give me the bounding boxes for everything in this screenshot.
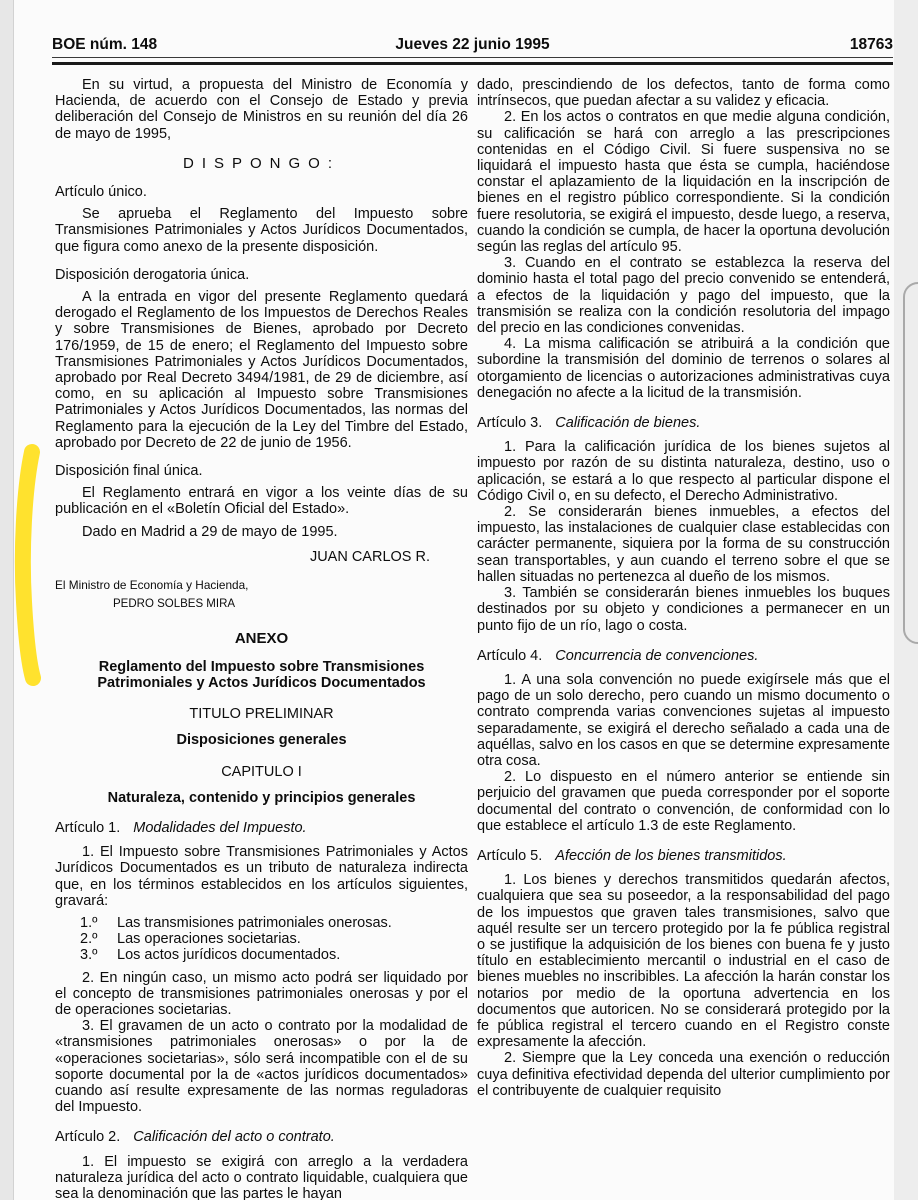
boe-scanned-page: { "header": { "boe_num": "BOE núm. 148",… <box>0 0 918 1200</box>
list-item: 3.ºLos actos jurídicos documentados. <box>55 947 468 963</box>
art3-paragraph-1: 1. Para la calificación jurídica de los … <box>477 439 890 504</box>
articulo-4-label: Artículo 4. <box>477 648 542 664</box>
capitulo-subheading: Naturaleza, contenido y principios gener… <box>55 790 468 806</box>
header-rule <box>52 62 893 65</box>
dado-en-madrid: Dado en Madrid a 29 de mayo de 1995. <box>55 524 468 540</box>
list-item-text: Las transmisiones patrimoniales onerosas… <box>117 915 392 931</box>
left-column: En su virtud, a propuesta del Ministro d… <box>55 77 468 1200</box>
anexo-heading: ANEXO <box>55 631 468 647</box>
header-date: Jueves 22 junio 1995 <box>52 36 893 54</box>
art1-paragraph-3: 3. El gravamen de un acto o contrato por… <box>55 1018 468 1115</box>
art1-paragraph-2: 2. En ningún caso, un mismo acto podrá s… <box>55 970 468 1019</box>
articulo-5-heading: Artículo 5.Afección de los bienes transm… <box>477 848 890 864</box>
articulo-1-title: Modalidades del Impuesto. <box>133 820 306 836</box>
articulo-2-title: Calificación del acto o contrato. <box>133 1129 335 1145</box>
art1-ordinal-list: 1.ºLas transmisiones patrimoniales onero… <box>55 915 468 964</box>
list-item: 2.ºLas operaciones societarias. <box>55 931 468 947</box>
articulo-1-heading: Artículo 1.Modalidades del Impuesto. <box>55 820 468 836</box>
anexo-title: Reglamento del Impuesto sobre Transmisio… <box>55 659 468 691</box>
art2-paragraph-1: 1. El impuesto se exigirá con arreglo a … <box>55 1154 468 1200</box>
articulo-unico-text: Se aprueba el Reglamento del Impuesto so… <box>55 206 468 255</box>
disposicion-final-label: Disposición final única. <box>55 463 468 479</box>
minister-title: El Ministro de Economía y Hacienda, <box>55 577 468 593</box>
royal-signature: JUAN CARLOS R. <box>55 549 468 565</box>
art4-paragraph-2: 2. Lo dispuesto en el número anterior se… <box>477 769 890 834</box>
scrollbar-thumb[interactable] <box>903 282 918 644</box>
art3-paragraph-3: 3. También se considerarán bienes inmueb… <box>477 585 890 634</box>
list-item-text: Los actos jurídicos documentados. <box>117 947 340 963</box>
art1-paragraph-1: 1. El Impuesto sobre Transmisiones Patri… <box>55 844 468 909</box>
disposicion-derogatoria-text: A la entrada en vigor del presente Regla… <box>55 289 468 451</box>
dispongo-heading: DISPONGO: <box>55 156 468 172</box>
list-item-number: 3.º <box>80 947 117 963</box>
articulo-3-title: Calificación de bienes. <box>555 415 700 431</box>
articulo-2-label: Artículo 2. <box>55 1129 120 1145</box>
disposiciones-generales-heading: Disposiciones generales <box>55 732 468 748</box>
minister-name: PEDRO SOLBES MIRA <box>55 596 468 612</box>
articulo-3-label: Artículo 3. <box>477 415 542 431</box>
scan-left-edge <box>0 0 14 1200</box>
list-item-number: 1.º <box>80 915 117 931</box>
articulo-2-heading: Artículo 2.Calificación del acto o contr… <box>55 1129 468 1145</box>
list-item-number: 2.º <box>80 931 117 947</box>
page-header: BOE núm. 148 Jueves 22 junio 1995 18763 <box>52 36 893 65</box>
articulo-3-heading: Artículo 3.Calificación de bienes. <box>477 415 890 431</box>
art2-paragraph-2: 2. En los actos o contratos en que medie… <box>477 109 890 255</box>
articulo-5-title: Afección de los bienes transmitidos. <box>555 848 786 864</box>
titulo-preliminar-heading: TITULO PRELIMINAR <box>55 706 468 722</box>
disposicion-final-text: El Reglamento entrará en vigor a los vei… <box>55 485 468 517</box>
art3-paragraph-2: 2. Se considerarán bienes inmuebles, a e… <box>477 504 890 585</box>
articulo-5-label: Artículo 5. <box>477 848 542 864</box>
disposicion-derogatoria-label: Disposición derogatoria única. <box>55 267 468 283</box>
art2-paragraph-4: 4. La misma calificación se atribuirá a … <box>477 336 890 401</box>
list-item-text: Las operaciones societarias. <box>117 931 301 947</box>
art5-paragraph-2: 2. Siempre que la Ley conceda una exenci… <box>477 1050 890 1099</box>
capitulo-heading: CAPITULO I <box>55 764 468 780</box>
art5-paragraph-1: 1. Los bienes y derechos transmitidos qu… <box>477 872 890 1050</box>
list-item: 1.ºLas transmisiones patrimoniales onero… <box>55 915 468 931</box>
art2-paragraph-3: 3. Cuando en el contrato se establezca l… <box>477 255 890 336</box>
articulo-unico-label: Artículo único. <box>55 184 468 200</box>
art4-paragraph-1: 1. A una sola convención no puede exigír… <box>477 672 890 769</box>
articulo-4-heading: Artículo 4.Concurrencia de convenciones. <box>477 648 890 664</box>
intro-paragraph: En su virtud, a propuesta del Ministro d… <box>55 77 468 142</box>
articulo-1-label: Artículo 1. <box>55 820 120 836</box>
right-column: dado, prescindiendo de los defectos, tan… <box>477 77 890 1099</box>
art2-continuation: dado, prescindiendo de los defectos, tan… <box>477 77 890 109</box>
articulo-4-title: Concurrencia de convenciones. <box>555 648 758 664</box>
